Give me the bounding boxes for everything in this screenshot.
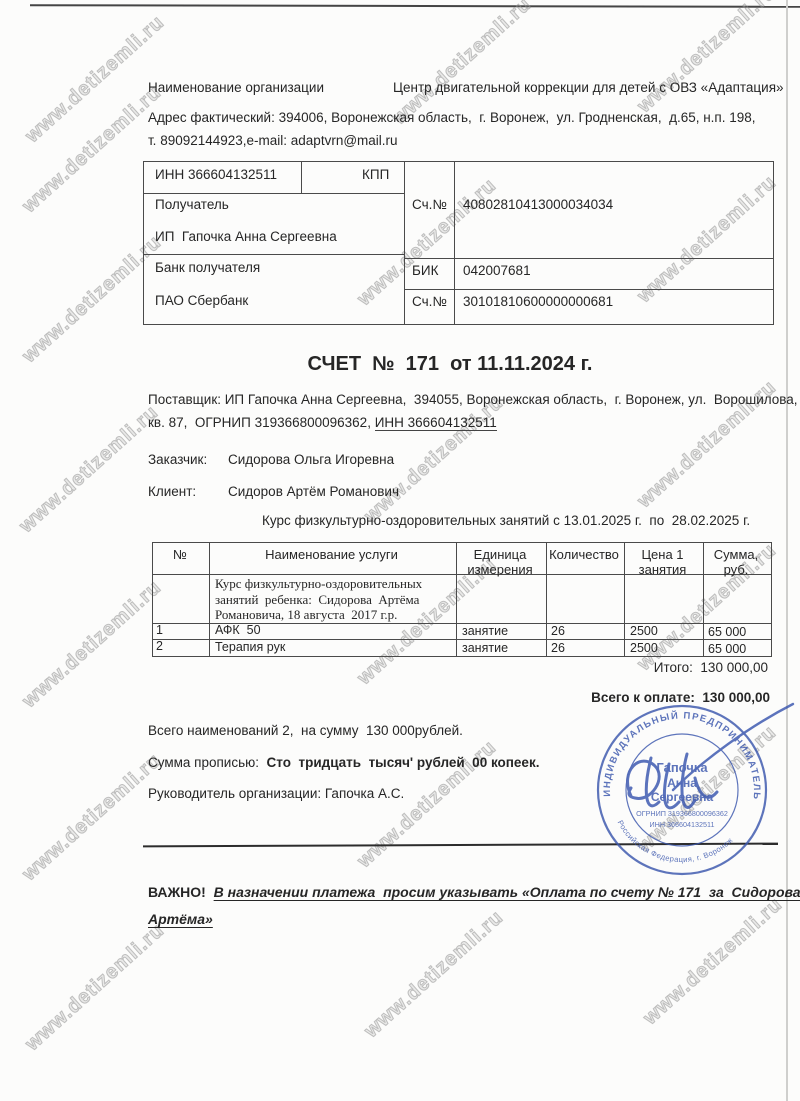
bank-recipient-name: ИП Гапочка Анна Сергеевна (155, 229, 337, 245)
row1-unit: занятие (462, 624, 508, 639)
org-name-value: Центр двигательной коррекции для детей с… (393, 80, 784, 96)
bank-table-divider (144, 254, 404, 255)
row2-qty: 26 (551, 641, 565, 656)
watermark-text: www.detizemli.ru (18, 749, 166, 886)
address-line-2: т. 89092144923,e-mail: adaptvrn@mail.ru (148, 133, 398, 149)
service-description-row: Курс физкультурно-оздоровительных заняти… (215, 576, 465, 623)
head-of-organization-line: Руководитель организации: Гапочка А.С. (148, 786, 404, 802)
important-note-line1: ВАЖНО! В назначении платежа просим указы… (148, 884, 800, 901)
watermark-text: www.detizemli.ru (633, 0, 781, 118)
watermark-text: www.detizemli.ru (21, 919, 169, 1056)
scan-top-edge-line (30, 4, 800, 8)
amount-in-words-value: Сто тридцать тысяч' рублей 00 копеек. (267, 755, 540, 770)
bank-inn: ИНН 366604132511 (155, 167, 277, 183)
company-stamp: ИНДИВИДУАЛЬНЫЙ ПРЕДПРИНИМАТЕЛЬ Российска… (585, 698, 800, 894)
important-text-line1: В назначении платежа просим указывать «О… (214, 884, 800, 900)
scanned-invoice-page: www.detizemli.ru www.detizemli.ru www.de… (0, 0, 800, 1101)
bank-account-number: 40802810413000034034 (463, 197, 613, 213)
amount-in-words-line: Сумма прописью: Сто тридцать тысяч' рубл… (148, 755, 539, 771)
supplier-line-2-prefix: кв. 87, ОГРНИП 319366800096362, (148, 415, 375, 430)
scan-right-edge-line (786, 0, 788, 1101)
row2-name: Терапия рук (215, 640, 285, 655)
row1-qty: 26 (551, 624, 565, 639)
amount-in-words-label: Сумма прописью: (148, 755, 259, 770)
row2-unit: занятие (462, 641, 508, 656)
row1-price: 2500 (630, 624, 658, 639)
col-header-unit: Единица измерения (455, 547, 545, 578)
bank-table-divider (301, 162, 302, 193)
bank-table-divider (404, 162, 405, 324)
bank-bik-number: 042007681 (463, 263, 531, 279)
course-period-line: Курс физкультурно-оздоровительных заняти… (262, 513, 750, 529)
customer-name: Сидорова Ольга Игоревна (228, 452, 394, 468)
bank-table-divider (404, 258, 773, 259)
client-name: Сидоров Артём Романович (228, 484, 399, 500)
col-header-price: Цена 1 занятия (623, 547, 702, 578)
client-label: Клиент: (148, 484, 196, 500)
row1-sum: 65 000 (708, 625, 746, 640)
subtotal-line: Итого: 130 000,00 (654, 660, 768, 676)
bank-corr-label: Сч.№ (412, 294, 447, 310)
subtotal-label: Итого: (654, 660, 693, 675)
important-label: ВАЖНО! (148, 884, 206, 900)
col-header-num: № (152, 547, 208, 562)
row1-num: 1 (156, 623, 163, 638)
supplier-line-2: кв. 87, ОГРНИП 319366800096362, ИНН 3666… (148, 415, 497, 431)
row2-num: 2 (156, 639, 163, 654)
watermark-text: www.detizemli.ru (15, 401, 163, 538)
bank-account-label: Сч.№ (412, 197, 447, 213)
bank-table-divider (454, 162, 455, 324)
subtotal-value: 130 000,00 (700, 660, 768, 675)
supplier-inn-underlined: ИНН 366604132511 (375, 415, 497, 431)
bank-kpp-label: КПП (362, 167, 389, 183)
col-header-service: Наименование услуги (208, 547, 455, 562)
watermark-text: www.detizemli.ru (18, 576, 166, 713)
items-count-note: Всего наименований 2, на сумму 130 000ру… (148, 723, 463, 739)
bank-bik-label: БИК (412, 263, 438, 279)
supplier-line-1: Поставщик: ИП Гапочка Анна Сергеевна, 39… (148, 392, 800, 408)
bank-recipient-label: Получатель (155, 197, 229, 213)
customer-label: Заказчик: (148, 452, 207, 468)
invoice-title: СЧЕТ № 171 от 11.11.2024 г. (120, 352, 780, 376)
col-header-sum: Сумма, руб. (702, 547, 770, 578)
stamp-inn: ИНН 366604132511 (650, 820, 715, 829)
row2-sum: 65 000 (708, 642, 746, 657)
bank-name-label: Банк получателя (155, 260, 260, 276)
row2-price: 2500 (630, 641, 658, 656)
col-header-qty: Количество (545, 547, 623, 562)
bank-name-value: ПАО Сбербанк (155, 293, 248, 309)
important-note-line2: Артёма» (148, 911, 213, 928)
watermark-text: www.detizemli.ru (360, 906, 508, 1043)
bank-table-divider (144, 193, 404, 194)
bank-table-divider (404, 289, 773, 290)
stamp-ogrnip: ОГРНИП 319366800096362 (636, 809, 728, 818)
row1-name: АФК 50 (215, 623, 261, 638)
address-line-1: Адрес фактический: 394006, Воронежская о… (148, 110, 756, 126)
org-name-label: Наименование организации (148, 80, 324, 96)
watermark-text: www.detizemli.ru (639, 893, 787, 1030)
bank-corr-number: 30101810600000000681 (463, 294, 613, 310)
